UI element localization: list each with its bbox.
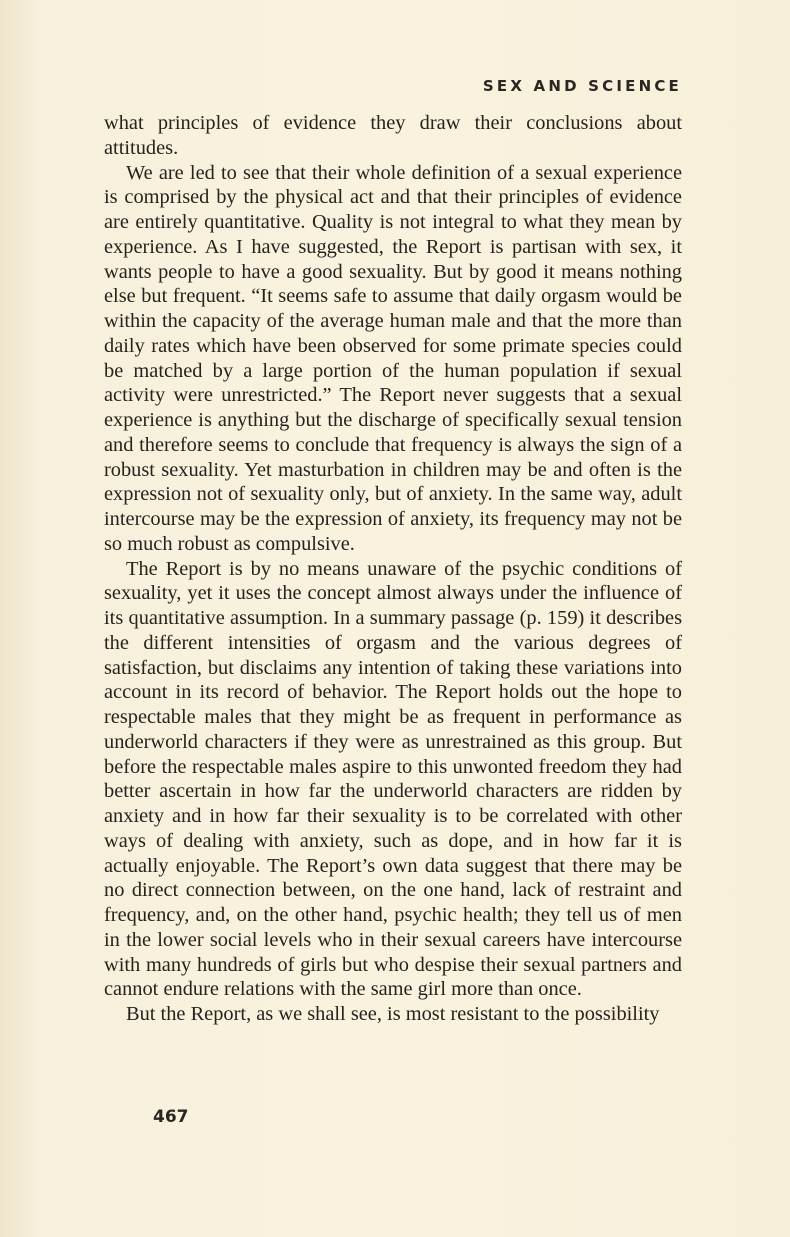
page-number: 467 [153,1107,189,1127]
paragraph: The Report is by no means unaware of the… [104,557,682,1003]
book-page: SEX AND SCIENCE what principles of evide… [0,0,790,1237]
paragraph: We are led to see that their whole defin… [104,161,682,557]
paragraph: But the Report, as we shall see, is most… [104,1002,682,1027]
running-head: SEX AND SCIENCE [483,77,682,95]
body-text: what principles of evidence they draw th… [104,111,682,1027]
paragraph-continuation: what principles of evidence they draw th… [104,111,682,161]
